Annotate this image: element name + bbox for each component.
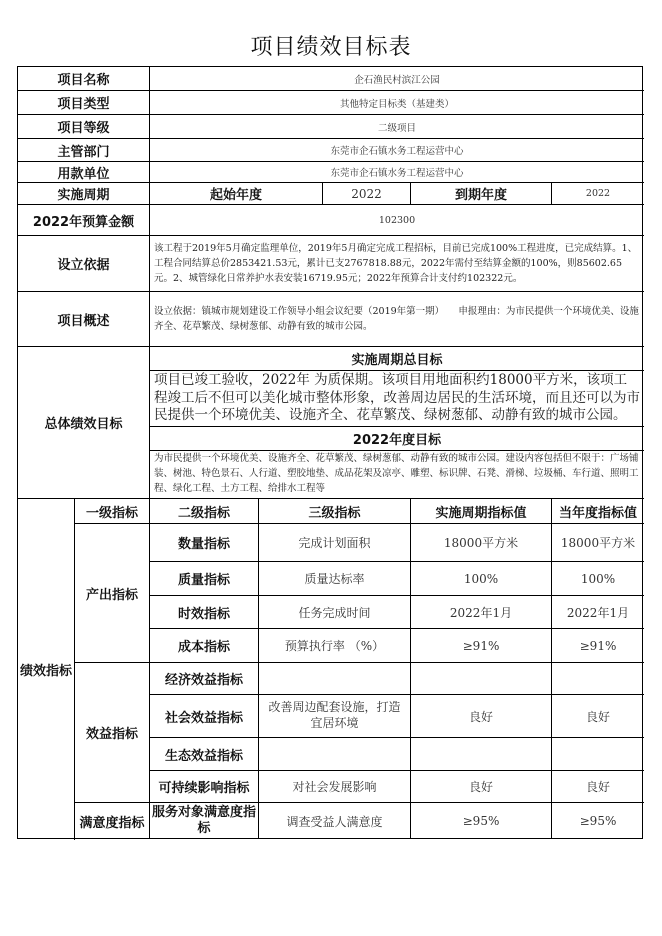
period-goal-text: 项目已竣工验收，2022年 为质保期。该项目用地面积约18000平方米，该项工程…: [150, 371, 644, 427]
row-level3: 任务完成时间: [259, 596, 411, 629]
row-level3: [259, 663, 411, 695]
project-level-label: 项目等级: [18, 115, 150, 139]
project-type-value: 其他特定目标类（基建类）: [150, 91, 644, 115]
row-level3: 改善周边配套设施，打造宜居环境: [259, 695, 411, 738]
overview-label: 项目概述: [18, 292, 150, 347]
header-level3: 三级指标: [259, 499, 411, 524]
header-level1: 一级指标: [75, 499, 150, 524]
row-level2: 数量指标: [150, 524, 259, 562]
row-level2: 生态效益指标: [150, 738, 259, 771]
row-level3: 调查受益人满意度: [259, 803, 411, 839]
year-goal-text: 为市民提供一个环境优美、设施齐全、花草繁茂、绿树葱郁、动静有致的城市公园。建设内…: [150, 451, 644, 499]
row-year-value: 良好: [552, 771, 644, 803]
row-level2: 质量指标: [150, 562, 259, 596]
group-satisfaction-label: 满意度指标: [75, 803, 150, 839]
project-type-label: 项目类型: [18, 91, 150, 115]
row-period-value: ≥91%: [411, 629, 552, 663]
budget-value: 102300: [150, 205, 644, 236]
performance-table: 项目名称 企石渔民村滨江公园 项目类型 其他特定目标类（基建类） 项目等级 二级…: [17, 66, 643, 839]
overview-text: 设立依据：镇城市规划建设工作领导小组会议纪要（2019年第一期） 申报理由：为市…: [150, 292, 644, 347]
row-level3: 对社会发展影响: [259, 771, 411, 803]
period-goal-heading: 实施周期总目标: [150, 347, 644, 371]
row-period-value: 18000平方米: [411, 524, 552, 562]
header-year-value: 当年度指标值: [552, 499, 644, 524]
period-label: 实施周期: [18, 183, 150, 205]
row-level2: 成本指标: [150, 629, 259, 663]
row-level2: 服务对象满意度指标: [150, 803, 259, 839]
basis-text: 该工程于2019年5月确定监理单位，2019年5月确定完成工程招标，目前已完成1…: [150, 236, 644, 292]
project-level-value: 二级项目: [150, 115, 644, 139]
department-value: 东莞市企石镇水务工程运营中心: [150, 139, 644, 162]
row-year-value: 100%: [552, 562, 644, 596]
row-period-value: 100%: [411, 562, 552, 596]
row-year-value: 18000平方米: [552, 524, 644, 562]
project-name-value: 企石渔民村滨江公园: [150, 67, 644, 91]
department-label: 主管部门: [18, 139, 150, 162]
end-year-value: 2022: [552, 183, 644, 205]
page-title: 项目绩效目标表: [0, 30, 662, 61]
row-level3: 质量达标率: [259, 562, 411, 596]
row-level3: 预算执行率 （%）: [259, 629, 411, 663]
row-year-value: 良好: [552, 695, 644, 738]
row-year-value: ≥91%: [552, 629, 644, 663]
indicators-label: 绩效指标: [18, 499, 75, 840]
row-level3: [259, 738, 411, 771]
fund-unit-label: 用款单位: [18, 162, 150, 183]
row-level2: 可持续影响指标: [150, 771, 259, 803]
row-period-value: 良好: [411, 695, 552, 738]
row-level3: 完成计划面积: [259, 524, 411, 562]
project-name-label: 项目名称: [18, 67, 150, 91]
row-period-value: [411, 663, 552, 695]
row-year-value: [552, 663, 644, 695]
row-year-value: [552, 738, 644, 771]
row-level2: 社会效益指标: [150, 695, 259, 738]
header-period-value: 实施周期指标值: [411, 499, 552, 524]
group-benefit-label: 效益指标: [75, 663, 150, 803]
row-period-value: 2022年1月: [411, 596, 552, 629]
fund-unit-value: 东莞市企石镇水务工程运营中心: [150, 162, 644, 183]
row-period-value: ≥95%: [411, 803, 552, 839]
budget-label: 2022年预算金额: [18, 205, 150, 236]
row-period-value: 良好: [411, 771, 552, 803]
group-output-label: 产出指标: [75, 524, 150, 663]
row-year-value: ≥95%: [552, 803, 644, 839]
overall-goal-label: 总体绩效目标: [18, 347, 150, 499]
basis-label: 设立依据: [18, 236, 150, 292]
row-period-value: [411, 738, 552, 771]
header-level2: 二级指标: [150, 499, 259, 524]
end-year-label: 到期年度: [411, 183, 552, 205]
row-level2: 经济效益指标: [150, 663, 259, 695]
start-year-label: 起始年度: [150, 183, 323, 205]
start-year-value: 2022: [323, 183, 411, 205]
row-year-value: 2022年1月: [552, 596, 644, 629]
year-goal-heading: 2022年度目标: [150, 427, 644, 451]
row-level2: 时效指标: [150, 596, 259, 629]
